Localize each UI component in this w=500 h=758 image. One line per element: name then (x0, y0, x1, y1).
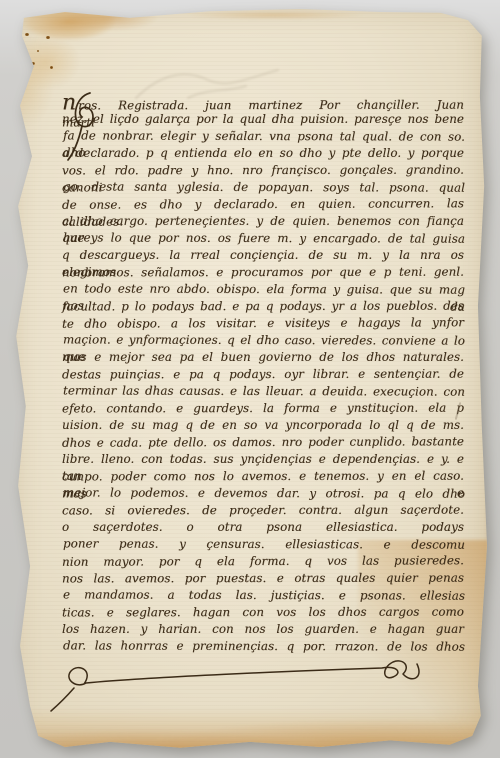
foxing-spot (31, 62, 35, 65)
manuscript-line: ticas. e seglares. hagan con vos los dho… (62, 604, 464, 622)
manuscript-line: dar. las honrras e preminençias. q por. … (63, 637, 465, 655)
foxing-spot (25, 33, 29, 36)
manuscript-line: nez. el liçdo galarça por la qual dha pu… (62, 111, 464, 128)
manuscript-line: fa de nonbrar. elegir y señalar. vna pso… (63, 127, 465, 145)
manuscript-line: nion mayor. por q ela forma. q vos las p… (62, 552, 464, 571)
manuscript-line: vos. el rdo. padre y hno. nro françisco.… (62, 162, 464, 180)
manuscript-line: libre. lleno. con todas. sus ynçidençias… (62, 451, 464, 468)
foxing-spot (37, 50, 39, 52)
manuscript-line: poner penas. y çensuras. ellesiasticas. … (63, 535, 465, 553)
manuscript-line: maçion. e ynformaçiones. q el dho caso. … (63, 331, 465, 349)
manuscript-line: mejor. lo podemos. e devemos dar. y otro… (63, 484, 465, 502)
manuscript-line: facultad. p lo podays bad. e pa q podays… (62, 298, 464, 316)
manuscript-line: go. desta santa yglesia. de popayan. soy… (63, 178, 465, 196)
manuscript-line: uision. de su mag q de en so va yncorpor… (62, 417, 464, 434)
manuscript-line: efeto. contando. e guardeys. la forma e … (62, 400, 464, 418)
manuscript-page: nros. Registrada. juan martinez Por chan… (10, 6, 488, 750)
manuscript-line: en todo este nro abdo. obispo. ela forma… (63, 280, 465, 298)
manuscript-line: de onse. es dho y declarado. en quien. c… (62, 195, 464, 214)
manuscript-text-block: nros. Registrada. juan martinez Por chan… (62, 94, 464, 655)
manuscript-line: a declarado. p q entienda elo en so dho … (62, 145, 464, 162)
paper-shadow-wrap: nros. Registrada. juan martinez Por chan… (0, 0, 500, 758)
manuscript-line: caso. si ovieredes. de proçeder. contra.… (62, 502, 464, 520)
manuscript-line: te dho obispo. a los visitar. e visiteys… (62, 314, 464, 333)
manuscript-line: cunpo. poder como nos lo avemos. e tenem… (62, 468, 464, 486)
manuscript-line: nonbramos. señalamos. e procuramos por q… (62, 264, 464, 282)
foxing-spot (50, 66, 53, 69)
manuscript-line: nos las. avemos. por puestas. e otras qu… (62, 570, 464, 588)
manuscript-line: e mandamos. a todas las. justiçias. e ps… (63, 586, 465, 604)
stain-top-edge (160, 8, 390, 24)
manuscript-line: mas e mejor sea pa el buen govierno de l… (62, 349, 464, 366)
manuscript-line: nros. Registrada. juan martinez Por chan… (62, 94, 464, 112)
manuscript-line: los hazen. y harian. con nos los guarden… (62, 621, 464, 638)
manuscript-line: o saçerdotes. o otra psona ellesiastica.… (62, 519, 464, 536)
closing-rubric-flourish (50, 658, 454, 714)
manuscript-line: dhos e cada. pte dello. os damos. nro po… (62, 433, 464, 452)
manuscript-line: hareys lo que por nos. os fuere m. y enc… (63, 229, 465, 247)
foxing-spot (46, 36, 50, 39)
photograph-background: nros. Registrada. juan martinez Por chan… (0, 0, 500, 758)
manuscript-line: q descargueys. la rreal conçiençia. de s… (62, 247, 464, 264)
manuscript-line: terminar las dhas causas. e las lleuar. … (63, 382, 465, 400)
manuscript-line: destas puinçias. e pa q podays. oyr libr… (62, 366, 464, 384)
